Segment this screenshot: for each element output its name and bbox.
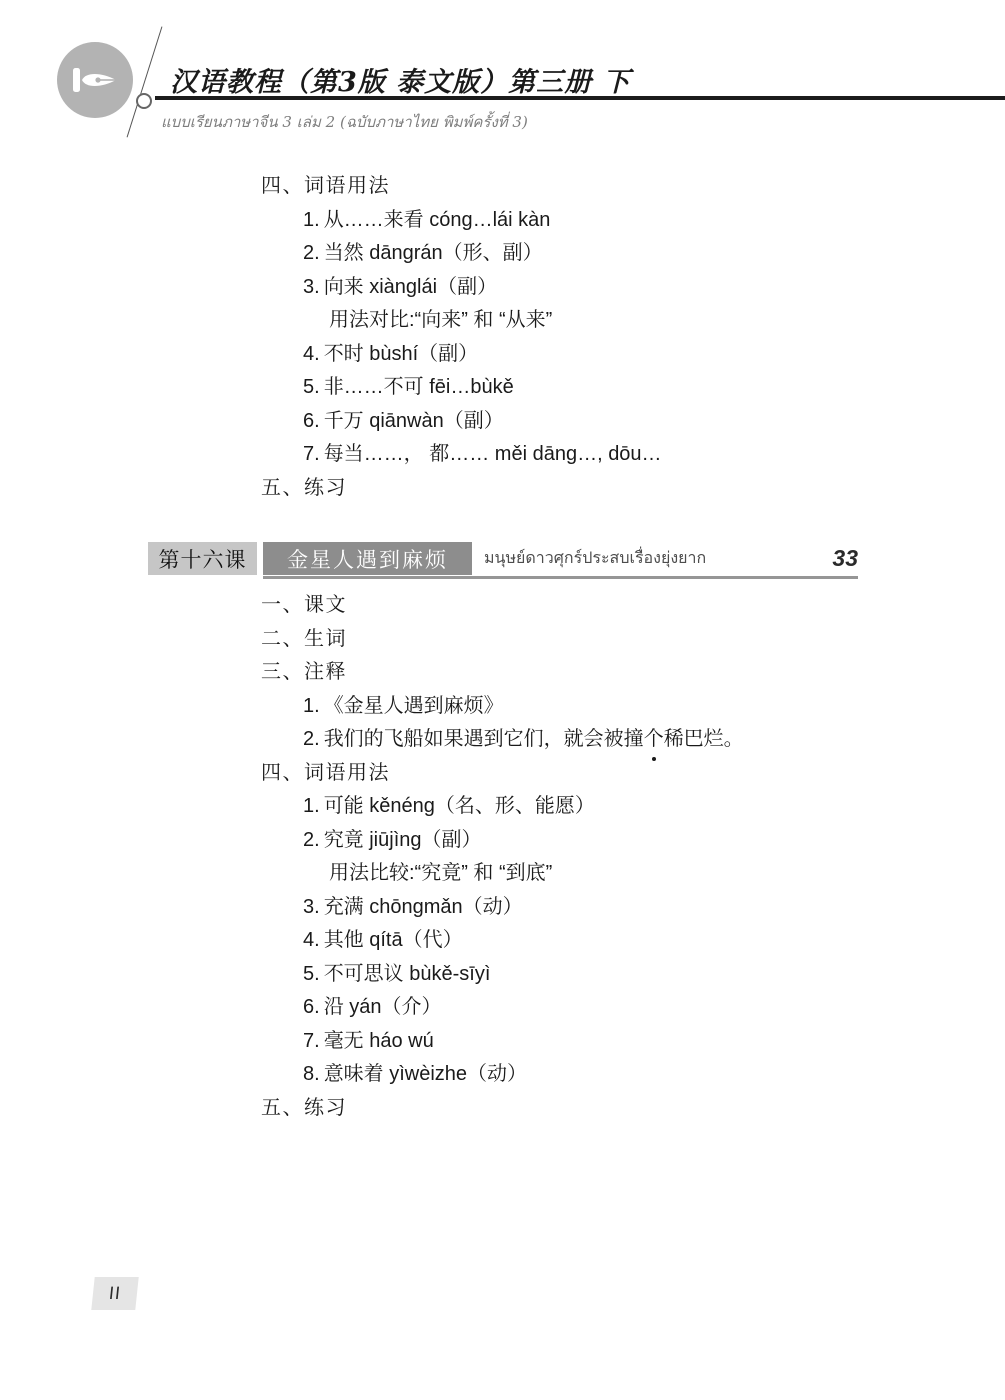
toc-item-number: 1.	[303, 690, 320, 724]
publisher-logo	[57, 42, 133, 118]
toc-item-text: 当然 dāngrán（形、副）	[324, 242, 543, 264]
toc-item-text: 《金星人遇到麻烦》	[324, 695, 504, 717]
toc-item: 7.每当……， 都…… měi dāng…, dōu…	[303, 438, 1005, 472]
lesson-number-badge: 第十六课	[148, 542, 257, 575]
toc-subnote: 用法对比:“向来” 和 “从来”	[329, 304, 1005, 338]
toc-item-number: 5.	[303, 371, 320, 405]
toc-item-text: 可能 kěnéng（名、形、能愿）	[324, 795, 595, 817]
lesson-title-thai: มนุษย์ดาวศุกร์ประสบเรื่องยุ่งยาก	[484, 542, 706, 575]
toc-item-number: 2.	[303, 824, 320, 858]
toc-section-heading: 五、练习	[261, 1092, 1005, 1126]
toc-item: 2.究竟 jiūjìng（副）	[303, 824, 1005, 858]
toc-section-heading: 二、生词	[261, 623, 1005, 657]
toc-item-number: 2.	[303, 237, 320, 271]
toc-section-heading: 四、词语用法	[261, 757, 1005, 791]
toc-item: 3.充满 chōngmǎn（动）	[303, 891, 1005, 925]
toc-item-number: 3.	[303, 271, 320, 305]
toc-item: 7.毫无 háo wú	[303, 1025, 1005, 1059]
emphasized-char: 个	[644, 723, 664, 757]
toc-item-text: 其他 qítā（代）	[324, 929, 463, 951]
toc-block-previous-lesson: 四、词语用法 1.从……来看 cóng…lái kàn 2.当然 dāngrán…	[0, 170, 1005, 505]
pen-nib-icon	[57, 105, 133, 122]
toc-item-text: 究竟 jiūjìng（副）	[324, 829, 482, 851]
toc-item-text: 千万 qiānwàn（副）	[324, 410, 504, 432]
toc-item: 1.从……来看 cóng…lái kàn	[303, 204, 1005, 238]
toc-item: 6.沿 yán（介）	[303, 991, 1005, 1025]
toc-item-text: 非……不可 fēi…bùkě	[324, 376, 514, 398]
toc-item-number: 1.	[303, 790, 320, 824]
toc-item-text: 不可思议 bùkě-sīyì	[324, 963, 491, 985]
toc-item-number: 1.	[303, 204, 320, 238]
toc-item-text: 每当……， 都…… měi dāng…, dōu…	[324, 443, 662, 465]
toc-item-text: 毫无 háo wú	[324, 1030, 434, 1052]
sentence-post: 稀巴烂。	[664, 728, 744, 750]
lesson-page-number: 33	[832, 545, 858, 572]
toc-item-number: 4.	[303, 338, 320, 372]
toc-item-number: 7.	[303, 438, 320, 472]
toc-subnote: 用法比较:“究竟” 和 “到底”	[329, 857, 1005, 891]
book-title: 汉语教程（第3版 泰文版）第三册 下	[170, 60, 631, 99]
header-ring-ornament	[136, 93, 152, 109]
page-folio: II	[91, 1277, 138, 1310]
toc-item: 4.不时 bùshí（副）	[303, 338, 1005, 372]
toc-item: 2.当然 dāngrán（形、副）	[303, 237, 1005, 271]
toc-item-text: 充满 chōngmǎn（动）	[324, 896, 523, 918]
toc-item-number: 7.	[303, 1025, 320, 1059]
toc-item: 4.其他 qítā（代）	[303, 924, 1005, 958]
lesson-bar-underline	[263, 576, 858, 579]
toc-item-number: 6.	[303, 991, 320, 1025]
toc-item: 5.非……不可 fēi…bùkě	[303, 371, 1005, 405]
toc-section-heading: 一、课文	[261, 589, 1005, 623]
book-subtitle-thai: แบบเรียนภาษาจีน 3 เล่ม 2 (ฉบับภาษาไทย พิ…	[161, 110, 528, 134]
toc-item-number: 4.	[303, 924, 320, 958]
toc-section-heading: 五、练习	[261, 472, 1005, 506]
toc-item: 1.可能 kěnéng（名、形、能愿）	[303, 790, 1005, 824]
toc-section-heading: 三、注释	[261, 656, 1005, 690]
toc-section-heading: 四、词语用法	[261, 170, 1005, 204]
toc-item-number: 2.	[303, 723, 320, 757]
toc-item-number: 8.	[303, 1058, 320, 1092]
toc-item-text: 向来 xiànglái（副）	[324, 276, 497, 298]
toc-item: 1.《金星人遇到麻烦》	[303, 690, 1005, 724]
toc-item-number: 6.	[303, 405, 320, 439]
toc-item: 3.向来 xiànglái（副）	[303, 271, 1005, 305]
toc-item-text: 不时 bùshí（副）	[324, 343, 478, 365]
toc-block-lesson-16: 一、课文 二、生词 三、注释 1.《金星人遇到麻烦》 2.我们的飞船如果遇到它们…	[0, 589, 1005, 1125]
toc-item: 5.不可思议 bùkě-sīyì	[303, 958, 1005, 992]
toc-item: 8.意味着 yìwèizhe（动）	[303, 1058, 1005, 1092]
toc-item-text: 沿 yán（介）	[324, 996, 442, 1018]
toc-item-text: 意味着 yìwèizhe（动）	[324, 1063, 527, 1085]
lesson-16-header-bar: 第十六课 金星人遇到麻烦 มนุษย์ดาวศุกร์ประสบเรื่องยุ…	[148, 542, 858, 575]
toc-item-number: 3.	[303, 891, 320, 925]
toc-item: 6.千万 qiānwàn（副）	[303, 405, 1005, 439]
toc-item-text: 从……来看 cóng…lái kàn	[324, 209, 551, 231]
toc-item-emphasized-sentence: 2.我们的飞船如果遇到它们，就会被撞个稀巴烂。	[303, 723, 1005, 757]
toc-item-number: 5.	[303, 958, 320, 992]
sentence-pre: 我们的飞船如果遇到它们，就会被撞	[324, 728, 644, 750]
lesson-title-chinese: 金星人遇到麻烦	[263, 542, 472, 575]
